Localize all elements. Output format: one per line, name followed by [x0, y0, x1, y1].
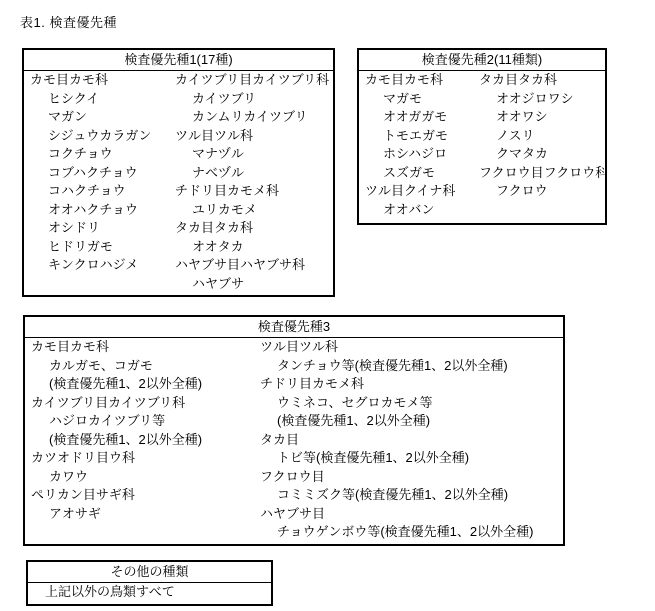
table-row: オシドリタカ目タカ科: [24, 219, 333, 238]
taxon-group-cell: ハヤブサ目: [257, 505, 563, 524]
species-cell: トモエガモ: [359, 127, 476, 146]
species-cell: カルガモ、コガモ: [25, 357, 257, 376]
taxon-group-cell: カモ目カモ科: [359, 71, 476, 90]
species-cell: オシドリ: [24, 219, 172, 238]
species-cell: マガン: [24, 108, 172, 127]
table-row: ツル目クイナ科フクロウ: [359, 182, 605, 201]
table-row: カモ目カモ科カイツブリ目カイツブリ科: [24, 71, 333, 90]
taxon-group-cell: [24, 275, 172, 294]
species-cell: オオジロワシ: [476, 90, 605, 109]
species-cell: トビ等(検査優先種1、2以外全種): [257, 449, 563, 468]
species-cell: オオハクチョウ: [24, 201, 172, 220]
taxon-group-cell: ツル目ツル科: [257, 338, 563, 357]
table-row: ハジロカイツブリ等(検査優先種1、2以外全種): [25, 412, 563, 431]
table-row: カルガモ、コガモタンチョウ等(検査優先種1、2以外全種): [25, 357, 563, 376]
taxon-group-cell: [25, 523, 257, 542]
taxon-group-cell: カツオドリ目ウ科: [25, 449, 257, 468]
taxon-group-cell: チドリ目カモメ科: [172, 182, 333, 201]
table-priority1: 検査優先種1(17種) カモ目カモ科カイツブリ目カイツブリ科ヒシクイカイツブリマ…: [22, 48, 335, 297]
table-priority2-header: 検査優先種2(11種類): [359, 50, 605, 71]
table-row: オオガガモオオワシ: [359, 108, 605, 127]
species-cell: チョウゲンボウ等(検査優先種1、2以外全種): [257, 523, 563, 542]
species-cell: キンクロハジメ: [24, 256, 172, 275]
taxon-group-cell: チドリ目カモメ科: [257, 375, 563, 394]
species-cell: オオバン: [359, 201, 476, 220]
species-cell: (検査優先種1、2以外全種): [25, 375, 257, 394]
species-cell: スズガモ: [359, 164, 476, 183]
species-cell: タンチョウ等(検査優先種1、2以外全種): [257, 357, 563, 376]
table-row: カイツブリ目カイツブリ科ウミネコ、セグロカモメ等: [25, 394, 563, 413]
table-row: シジュウカラガンツル目ツル科: [24, 127, 333, 146]
table-priority1-body: カモ目カモ科カイツブリ目カイツブリ科ヒシクイカイツブリマガンカンムリカイツブリシ…: [24, 71, 333, 295]
species-cell: クマタカ: [476, 145, 605, 164]
table-row: キンクロハジメハヤブサ目ハヤブサ科: [24, 256, 333, 275]
species-cell: カンムリカイツブリ: [172, 108, 333, 127]
species-cell: コハクチョウ: [24, 182, 172, 201]
taxon-group-cell: ペリカン目サギ科: [25, 486, 257, 505]
species-cell: (検査優先種1、2以外全種): [257, 412, 563, 431]
table-row: カワウフクロウ目: [25, 468, 563, 487]
species-cell: カイツブリ: [172, 90, 333, 109]
species-cell: ハジロカイツブリ等: [25, 412, 257, 431]
table-row: チョウゲンボウ等(検査優先種1、2以外全種): [25, 523, 563, 542]
taxon-group-cell: フクロウ目: [257, 468, 563, 487]
species-cell: ホシハジロ: [359, 145, 476, 164]
table-row: トモエガモノスリ: [359, 127, 605, 146]
table-priority2: 検査優先種2(11種類) カモ目カモ科タカ目タカ科マガモオオジロワシオオガガモオ…: [357, 48, 607, 225]
table-priority2-body: カモ目カモ科タカ目タカ科マガモオオジロワシオオガガモオオワシトモエガモノスリホシ…: [359, 71, 605, 223]
table-row: アオサギハヤブサ目: [25, 505, 563, 524]
taxon-group-cell: ハヤブサ目ハヤブサ科: [172, 256, 333, 275]
species-cell: コクチョウ: [24, 145, 172, 164]
species-cell: アオサギ: [25, 505, 257, 524]
species-cell: オオガガモ: [359, 108, 476, 127]
species-cell: ハヤブサ: [172, 275, 333, 294]
table-row: ヒドリガモオオタカ: [24, 238, 333, 257]
table-row: オオハクチョウユリカモメ: [24, 201, 333, 220]
species-cell: カワウ: [25, 468, 257, 487]
table-row: ハヤブサ: [24, 275, 333, 294]
table-row: コハクチョウチドリ目カモメ科: [24, 182, 333, 201]
table-row: スズガモフクロウ目フクロウ科: [359, 164, 605, 183]
species-cell: マナヅル: [172, 145, 333, 164]
taxon-group-cell: ツル目ツル科: [172, 127, 333, 146]
taxon-group-cell: カモ目カモ科: [25, 338, 257, 357]
species-cell: コブハクチョウ: [24, 164, 172, 183]
species-cell: オオタカ: [172, 238, 333, 257]
table-row: オオバン: [359, 201, 605, 220]
species-cell: ユリカモメ: [172, 201, 333, 220]
taxon-group-cell: ツル目クイナ科: [359, 182, 476, 201]
taxon-group-cell: タカ目タカ科: [172, 219, 333, 238]
page-title: 表1. 検査優先種: [20, 12, 117, 31]
table-others-header: その他の種類: [28, 562, 271, 583]
taxon-group-cell: 上記以外の鳥類すべて: [28, 583, 271, 602]
taxon-group-cell: フクロウ目フクロウ科: [476, 164, 605, 183]
taxon-group-cell: カモ目カモ科: [24, 71, 172, 90]
table-others: その他の種類 上記以外の鳥類すべて: [26, 560, 273, 606]
taxon-group-cell: タカ目タカ科: [476, 71, 605, 90]
table-row: ヒシクイカイツブリ: [24, 90, 333, 109]
taxon-group-cell: [476, 201, 605, 220]
table-row: カモ目カモ科タカ目タカ科: [359, 71, 605, 90]
species-cell: オオワシ: [476, 108, 605, 127]
species-cell: コミミズク等(検査優先種1、2以外全種): [257, 486, 563, 505]
species-cell: フクロウ: [476, 182, 605, 201]
table-row: 上記以外の鳥類すべて: [28, 583, 271, 602]
table-priority1-header: 検査優先種1(17種): [24, 50, 333, 71]
table-row: コクチョウマナヅル: [24, 145, 333, 164]
species-cell: (検査優先種1、2以外全種): [25, 431, 257, 450]
species-cell: ヒシクイ: [24, 90, 172, 109]
table-priority3-header: 検査優先種3: [25, 317, 563, 338]
species-cell: シジュウカラガン: [24, 127, 172, 146]
table-row: (検査優先種1、2以外全種)タカ目: [25, 431, 563, 450]
table-row: (検査優先種1、2以外全種)チドリ目カモメ科: [25, 375, 563, 394]
table-row: カツオドリ目ウ科トビ等(検査優先種1、2以外全種): [25, 449, 563, 468]
table-row: コブハクチョウナベヅル: [24, 164, 333, 183]
taxon-group-cell: カイツブリ目カイツブリ科: [172, 71, 333, 90]
table-row: ペリカン目サギ科コミミズク等(検査優先種1、2以外全種): [25, 486, 563, 505]
taxon-group-cell: タカ目: [257, 431, 563, 450]
document-page: 表1. 検査優先種 検査優先種1(17種) カモ目カモ科カイツブリ目カイツブリ科…: [0, 0, 655, 611]
table-row: ホシハジロクマタカ: [359, 145, 605, 164]
taxon-group-cell: カイツブリ目カイツブリ科: [25, 394, 257, 413]
species-cell: ヒドリガモ: [24, 238, 172, 257]
table-row: カモ目カモ科ツル目ツル科: [25, 338, 563, 357]
species-cell: ウミネコ、セグロカモメ等: [257, 394, 563, 413]
species-cell: ナベヅル: [172, 164, 333, 183]
table-priority3-body: カモ目カモ科ツル目ツル科カルガモ、コガモタンチョウ等(検査優先種1、2以外全種)…: [25, 338, 563, 544]
table-row: マガンカンムリカイツブリ: [24, 108, 333, 127]
table-row: マガモオオジロワシ: [359, 90, 605, 109]
table-others-body: 上記以外の鳥類すべて: [28, 583, 271, 604]
species-cell: ノスリ: [476, 127, 605, 146]
species-cell: マガモ: [359, 90, 476, 109]
table-priority3: 検査優先種3 カモ目カモ科ツル目ツル科カルガモ、コガモタンチョウ等(検査優先種1…: [23, 315, 565, 546]
